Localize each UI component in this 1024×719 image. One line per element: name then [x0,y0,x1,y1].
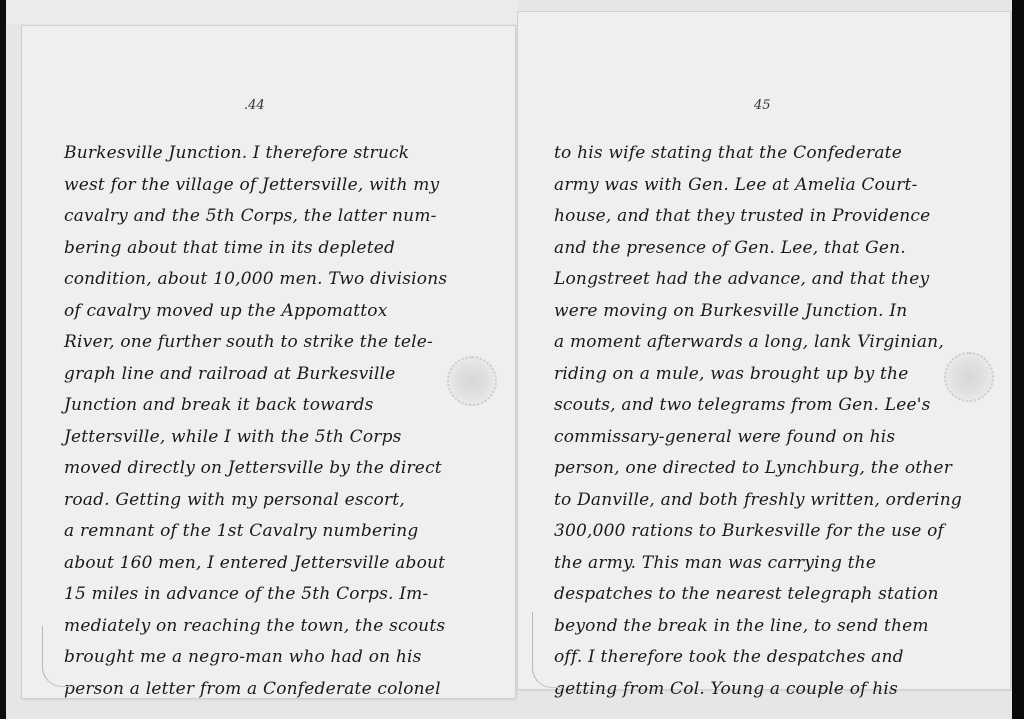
text-line: west for the village of Jettersville, wi… [64,170,557,202]
library-stamp-icon [944,352,994,402]
text-line: brought me a negro-man who had on his [64,642,557,674]
text-line: about 160 men, I entered Jettersville ab… [64,548,557,580]
text-line: off. I therefore took the despatches and [554,642,1024,674]
text-line: house, and that they trusted in Providen… [554,201,1024,233]
scan-edge-left [0,0,6,719]
backing-sheet [6,0,518,24]
text-line: the army. This man was carrying the [554,548,1024,580]
manuscript-page-right: 45 to his wife stating that the Confeder… [518,12,1010,689]
text-line: a remnant of the 1st Cavalry numbering [64,516,557,548]
page-number-right: 45 [754,98,771,113]
text-line: bering about that time in its depleted [64,233,557,265]
text-line: and the presence of Gen. Lee, that Gen. [554,233,1024,265]
text-line: person, one directed to Lynchburg, the o… [554,453,1024,485]
text-line: River, one further south to strike the t… [64,327,557,359]
text-line: Burkesville Junction. I therefore struck [64,138,557,170]
text-line: despatches to the nearest telegraph stat… [554,579,1024,611]
text-line: getting from Col. Young a couple of his [554,674,1024,706]
text-line: moved directly on Jettersville by the di… [64,453,557,485]
text-line: beyond the break in the line, to send th… [554,611,1024,643]
text-line: cavalry and the 5th Corps, the latter nu… [64,201,557,233]
text-line: 15 miles in advance of the 5th Corps. Im… [64,579,557,611]
text-line: army was with Gen. Lee at Amelia Court- [554,170,1024,202]
text-line: commissary-general were found on his [554,422,1024,454]
text-line: to Danville, and both freshly written, o… [554,485,1024,517]
text-line: road. Getting with my personal escort, [64,485,557,517]
page-text-left: Burkesville Junction. I therefore struck… [22,138,557,705]
text-line: mediately on reaching the town, the scou… [64,611,557,643]
text-line: of cavalry moved up the Appomattox [64,296,557,328]
paper-tear [42,626,73,687]
text-line: person a letter from a Confederate colon… [64,674,557,706]
text-line: condition, about 10,000 men. Two divisio… [64,264,557,296]
page-text-right: to his wife stating that the Confederate… [518,138,1024,705]
paper-tear [532,612,563,688]
text-line: 300,000 rations to Burkesville for the u… [554,516,1024,548]
text-line: Longstreet had the advance, and that the… [554,264,1024,296]
text-line: Jettersville, while I with the 5th Corps [64,422,557,454]
text-line: a moment afterwards a long, lank Virgini… [554,327,1024,359]
page-number-left: .44 [244,98,265,113]
text-line: to his wife stating that the Confederate [554,138,1024,170]
manuscript-page-left: .44 Burkesville Junction. I therefore st… [22,26,515,698]
text-line: were moving on Burkesville Junction. In [554,296,1024,328]
library-stamp-icon [447,356,497,406]
